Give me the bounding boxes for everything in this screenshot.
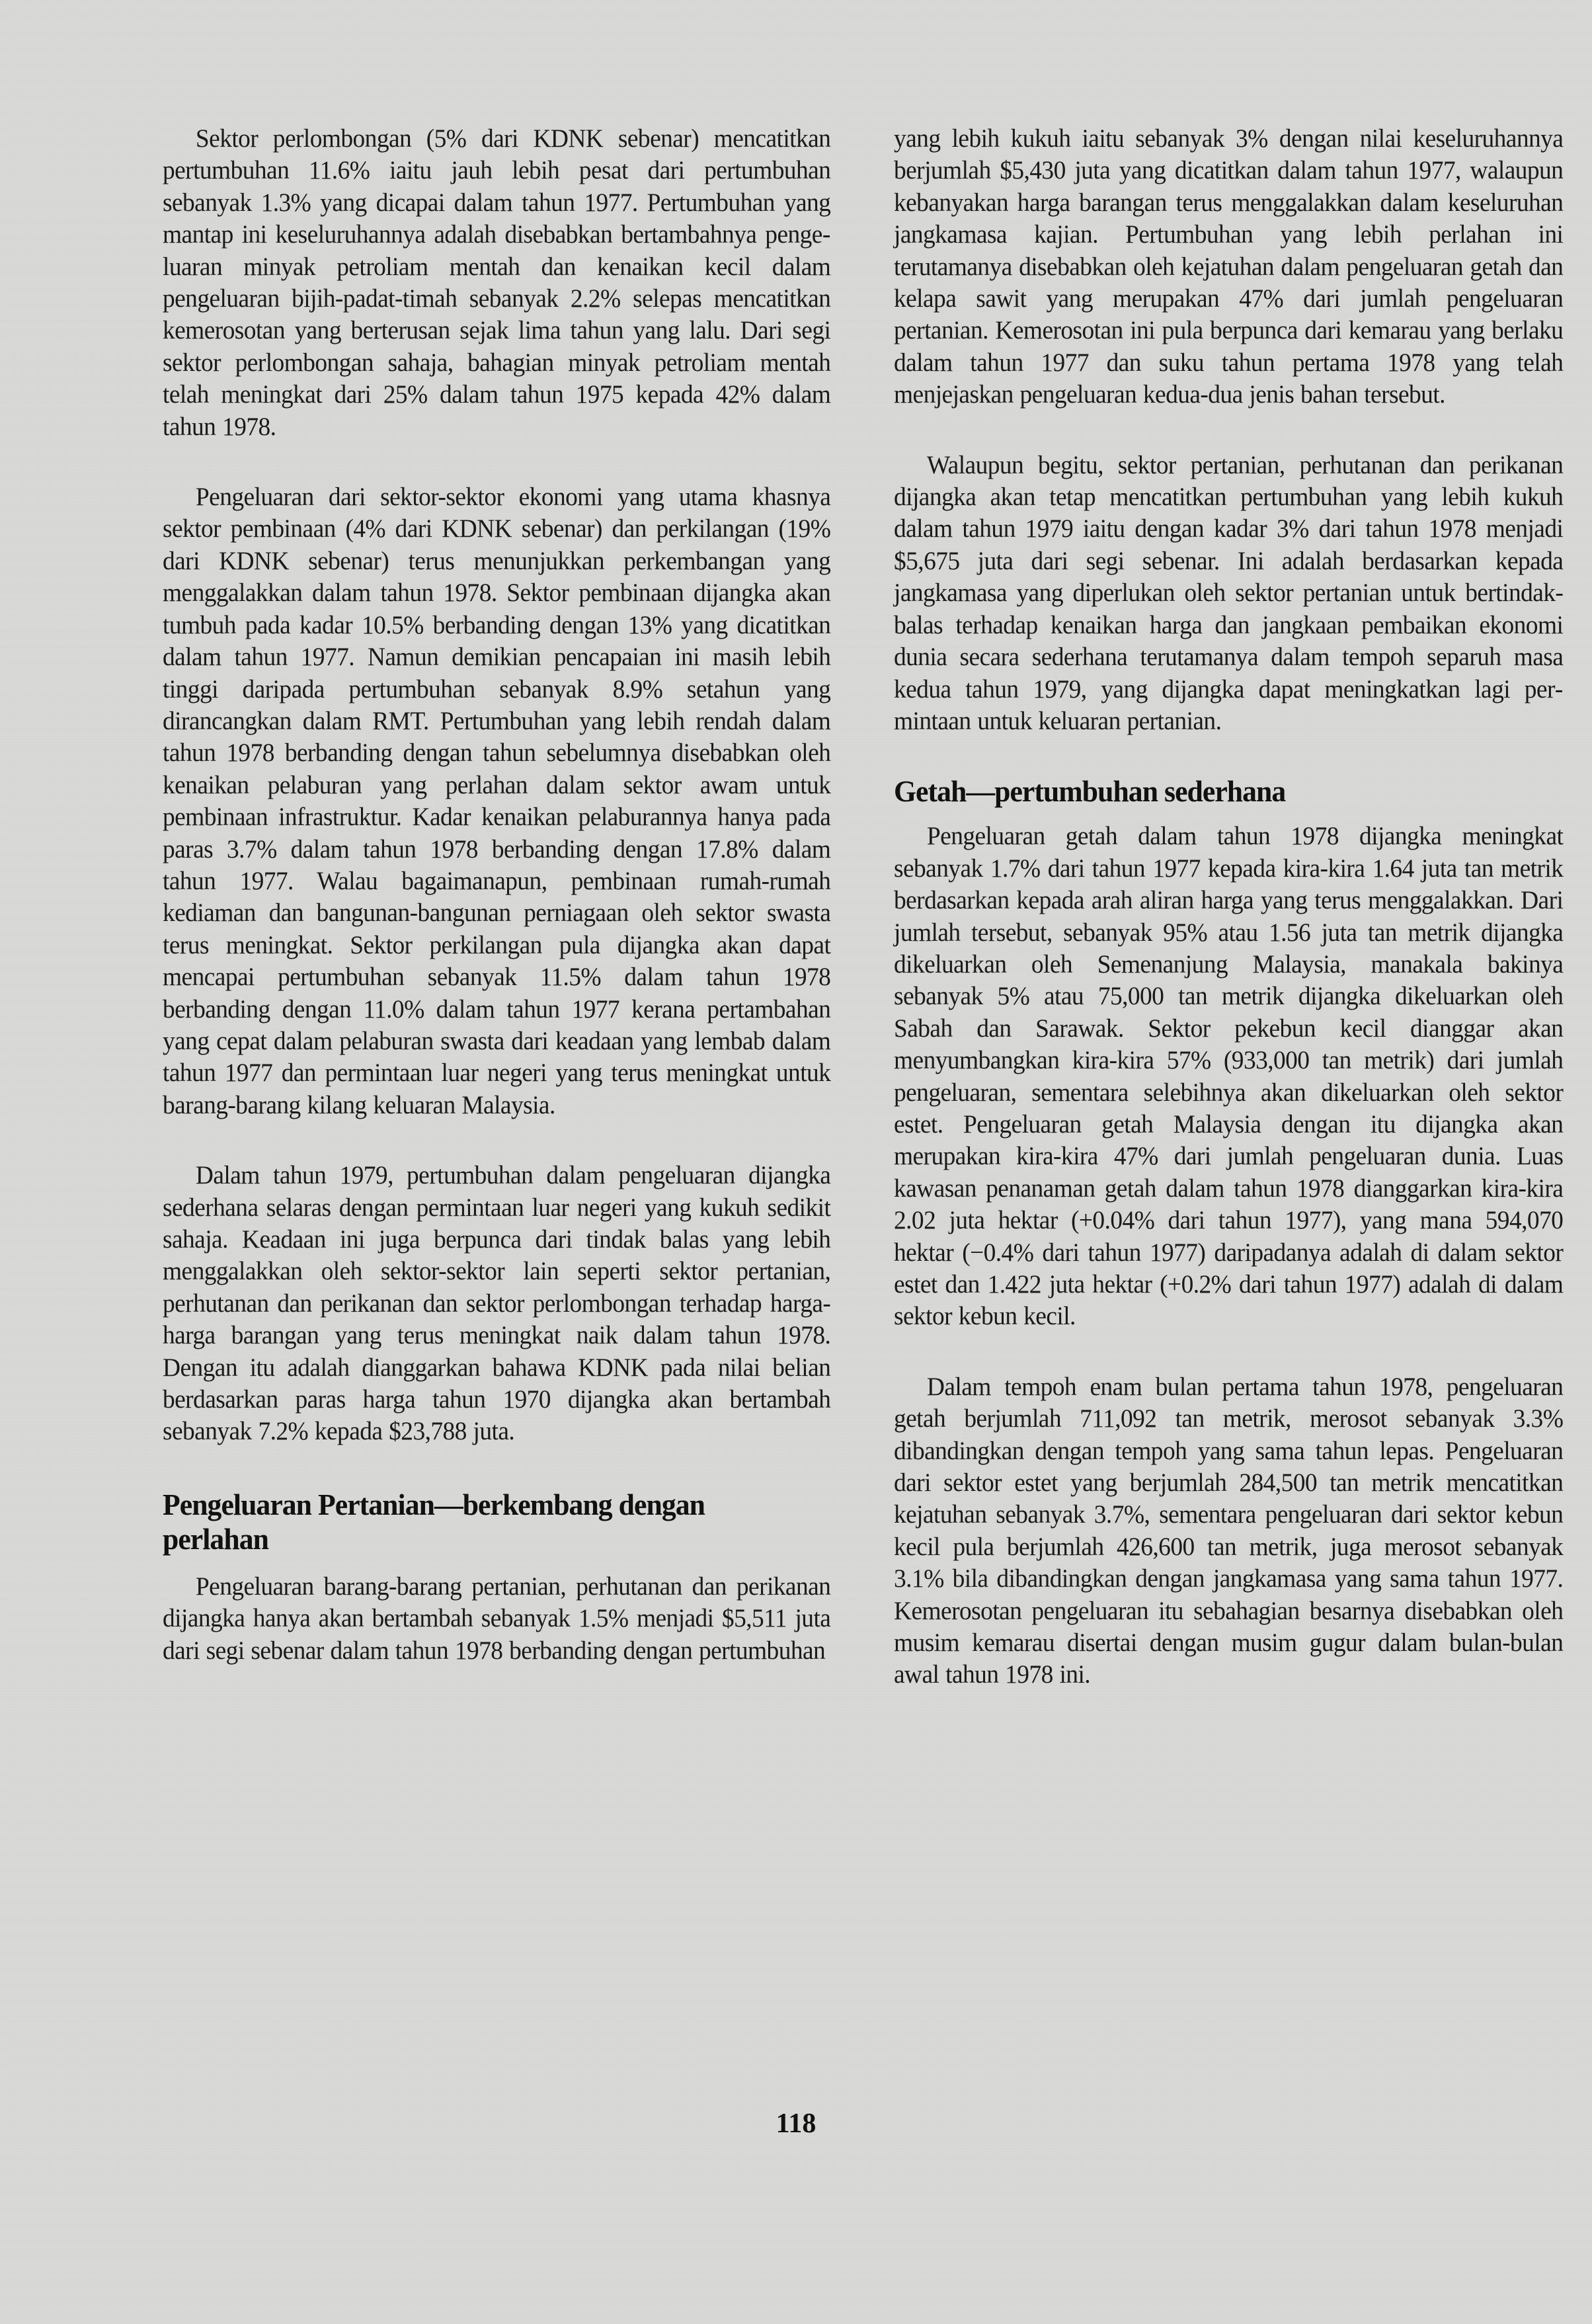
paragraph-agriculture-output: Pengeluaran barang-barang pertanian, per… (163, 1571, 830, 1667)
paragraph-1979-outlook: Dalam tahun 1979, pertumbuhan dalam peng… (163, 1160, 830, 1448)
left-column: Sektor perlombongan (5% dari KDNK sebena… (163, 123, 830, 1667)
section-heading-agriculture: Pengeluaran Pertanian—berkembang dengan … (163, 1488, 797, 1556)
paragraph-mining-sector: Sektor perlombongan (5% dari KDNK sebena… (163, 123, 830, 443)
page-number: 118 (0, 2108, 1592, 2140)
right-column: yang lebih kukuh iaitu sebanyak 3% denga… (894, 123, 1563, 1691)
section-heading-rubber: Getah—pertumbuhan sederhana (894, 774, 1529, 809)
paragraph-construction-manufacturing: Pengeluaran dari sektor-sektor ekonomi y… (163, 481, 830, 1121)
paragraph-agriculture-continued: yang lebih kukuh iaitu sebanyak 3% denga… (894, 123, 1563, 411)
paragraph-rubber-first-half: Dalam tempoh enam bulan pertama tahun 19… (894, 1371, 1563, 1691)
paragraph-rubber-production: Pengeluaran getah dalam tahun 1978 dijan… (894, 821, 1563, 1333)
paragraph-agriculture-1979: Walaupun begitu, sektor pertanian, perhu… (894, 450, 1563, 738)
